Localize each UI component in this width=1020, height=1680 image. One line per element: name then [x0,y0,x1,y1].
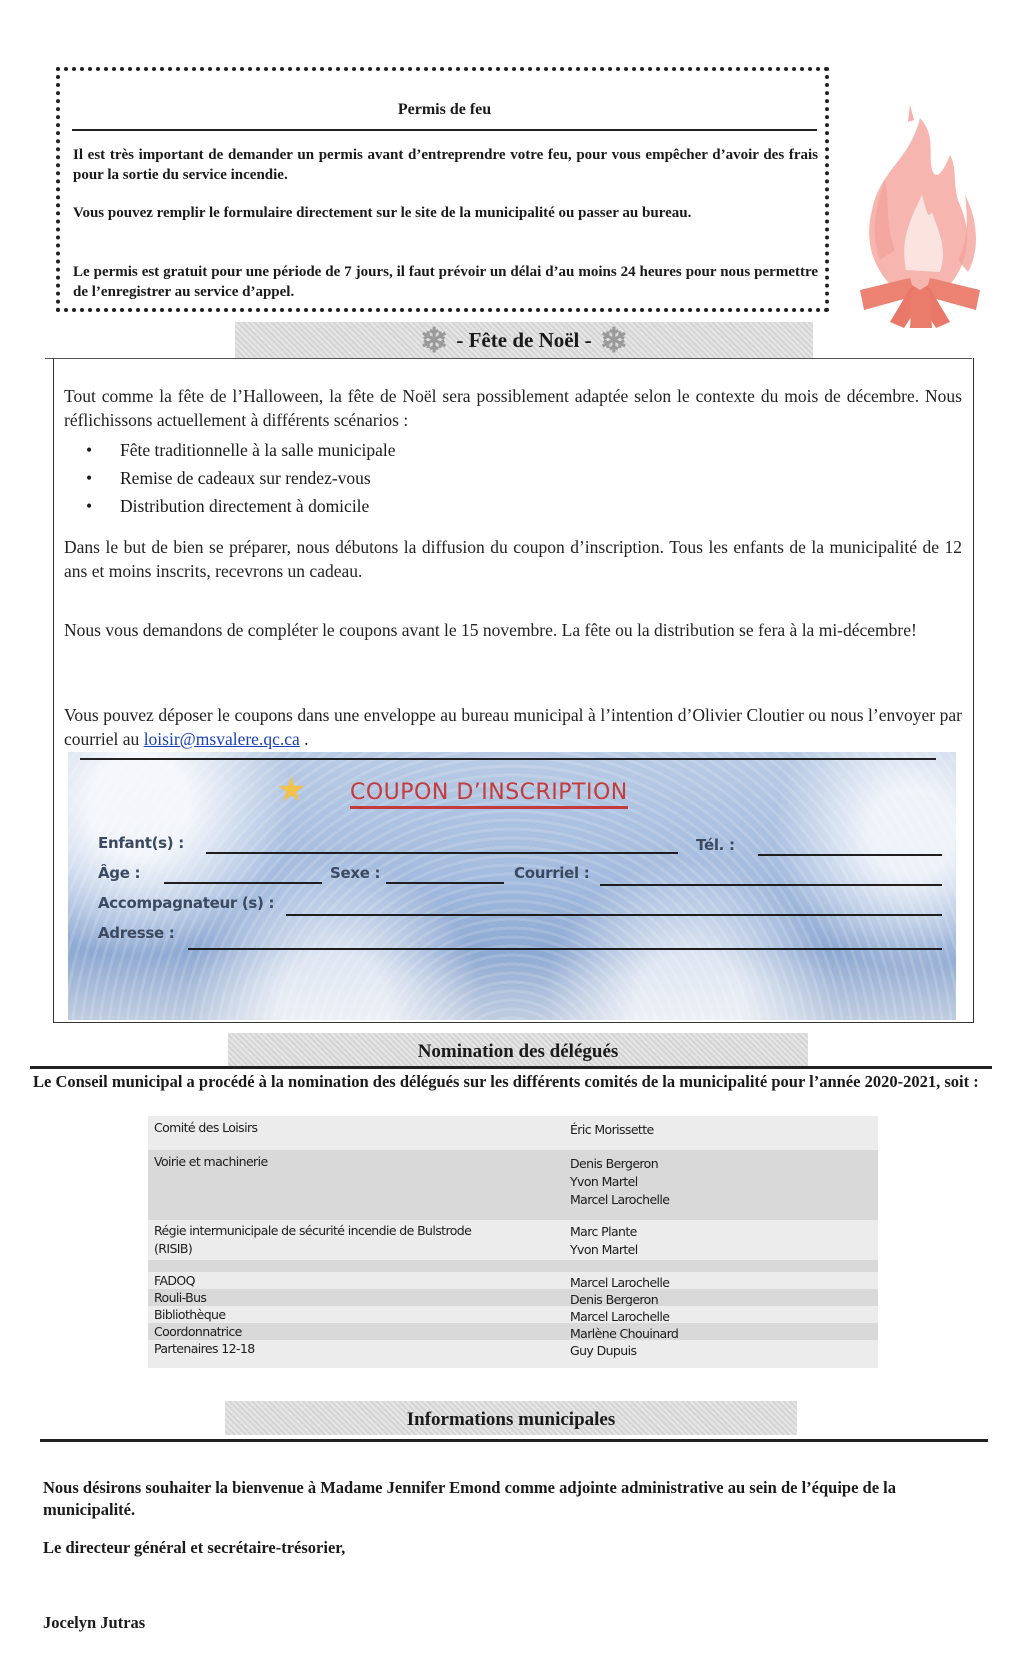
email-link[interactable]: loisir@msvalere.qc.ca [144,729,300,749]
comite-cell: Rouli-Bus [154,1289,554,1307]
snowflake-icon: ❄ [420,327,449,357]
permis-de-feu-box: Permis de feu Il est très important de d… [56,67,829,312]
welcome-text: Nous désirons souhaiter la bienvenue à M… [43,1477,923,1521]
field-label-tel: Tél. : [696,836,735,854]
field-label-enfants: Enfant(s) : [98,834,184,852]
section-banner-nomination: Nomination des délégués [228,1033,808,1067]
section-banner-informations: Informations municipales [225,1401,797,1435]
permis-paragraph: Le permis est gratuit pour une période d… [73,262,818,302]
comite-cell: Partenaires 12-18 [154,1340,554,1358]
age-field[interactable] [164,882,322,884]
list-item: Distribution directement à domicile [80,492,396,520]
table-row: Partenaires 12-18 Guy Dupuis [148,1340,878,1368]
enfants-field[interactable] [206,852,678,854]
adresse-field[interactable] [188,948,942,950]
signoff-text: Le directeur général et secrétaire-tréso… [43,1537,923,1559]
section-title: - Fête de Noël - [456,328,591,352]
delegate-cell: Marc Plante [570,1223,637,1241]
delegate-cell: Yvon Martel [570,1173,638,1191]
comite-cell: Bibliothèque [154,1306,554,1324]
accompagnateur-field[interactable] [286,914,942,916]
divider [30,1066,992,1069]
text: . [300,729,309,749]
field-label-accompagnateur: Accompagnateur (s) : [98,894,274,912]
coupon-title: COUPON D’INSCRIPTION [350,780,628,809]
table-row: Comité des Loisirs Éric Morissette [148,1116,878,1150]
delegate-cell: Éric Morissette [570,1121,654,1139]
permis-title: Permis de feu [72,101,817,119]
comite-cell: Coordonnatrice [154,1323,554,1341]
noel-paragraph: Dans le but de bien se préparer, nous dé… [64,535,962,583]
list-item: Fête traditionnelle à la salle municipal… [80,436,396,464]
field-label-sexe: Sexe : [330,864,380,882]
section-banner-noel: ❄- Fête de Noël -❄ [235,322,813,358]
delegate-cell: Guy Dupuis [570,1342,636,1360]
campfire-icon [840,100,1000,330]
table-row: Régie intermunicipale de sécurité incend… [148,1220,878,1260]
comite-cell: Régie intermunicipale de sécurité incend… [154,1222,504,1258]
list-item: Remise de cadeaux sur rendez-vous [80,464,396,492]
delegate-cell: Denis Bergeron [570,1155,658,1173]
noel-paragraph: Nous vous demandons de compléter le coup… [64,618,962,642]
coupon-inscription: ★ COUPON D’INSCRIPTION Enfant(s) : Tél. … [68,752,956,1020]
table-row: Voirie et machinerie Denis Bergeron Yvon… [148,1150,878,1220]
delegates-table: Comité des Loisirs Éric Morissette Voiri… [148,1116,878,1368]
comite-cell: Comité des Loisirs [154,1119,554,1137]
comite-cell: FADOQ [154,1272,554,1290]
field-label-age: Âge : [98,864,140,882]
table-spacer [148,1260,878,1272]
snowflake-icon: ❄ [600,327,629,357]
delegate-cell: Marcel Larochelle [570,1191,669,1209]
divider [72,129,817,131]
noel-paragraph: Vous pouvez déposer le coupons dans une … [64,703,962,751]
permis-paragraph: Il est très important de demander un per… [73,145,818,185]
divider [40,1439,988,1442]
section-title: Nomination des délégués [418,1041,619,1062]
field-label-adresse: Adresse : [98,924,174,942]
signature: Jocelyn Jutras [43,1612,923,1634]
nomination-intro: Le Conseil municipal a procédé à la nomi… [33,1071,988,1092]
divider [80,758,936,760]
comite-cell: Voirie et machinerie [154,1153,554,1171]
section-title: Informations municipales [407,1409,616,1430]
star-icon: ★ [276,770,306,810]
courriel-field[interactable] [600,884,942,886]
sexe-field[interactable] [386,882,504,884]
table-row: Bibliothèque Marcel Larochelle [148,1306,878,1323]
table-row: Coordonnatrice Marlène Chouinard [148,1323,878,1340]
tel-field[interactable] [758,854,942,856]
field-label-courriel: Courriel : [514,864,589,882]
table-row: FADOQ Marcel Larochelle [148,1272,878,1289]
permis-paragraph: Vous pouvez remplir le formulaire direct… [73,203,818,223]
table-row: Rouli-Bus Denis Bergeron [148,1289,878,1306]
scenario-list: Fête traditionnelle à la salle municipal… [80,436,396,520]
delegate-cell: Yvon Martel [570,1241,638,1259]
noel-intro: Tout comme la fête de l’Halloween, la fê… [64,384,962,432]
